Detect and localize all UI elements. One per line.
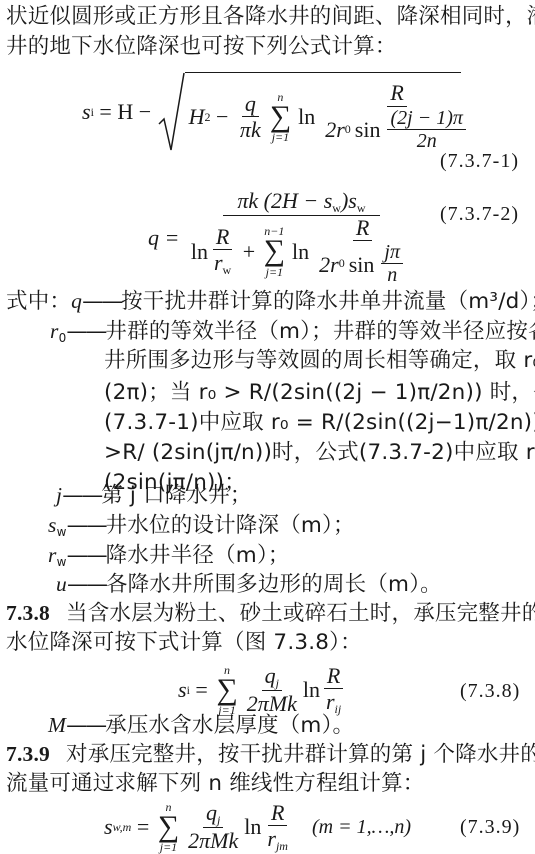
subscript: w [57, 555, 67, 569]
symbol-s: s [82, 99, 91, 125]
condition: (m = 1,…,n) [312, 816, 411, 839]
square-root: H2 − q πk n ∑ j=1 ln R 2r0 sin (2j − 1)π [157, 72, 461, 152]
intro-line-2: 井的地下水位降深也可按下列公式计算： [6, 32, 397, 62]
r: r [267, 826, 276, 851]
sigma-icon: ∑ [270, 103, 291, 132]
subscript: jm [276, 839, 288, 853]
plus: + [237, 239, 260, 264]
numerator: jπ [381, 241, 403, 264]
fraction-R-over-denominator: R 2r0 sin (2j − 1)π 2n [322, 81, 472, 152]
sin: sin [355, 117, 381, 142]
dash: —— [66, 319, 105, 344]
equals: = [131, 814, 154, 840]
dash: —— [67, 572, 106, 597]
ln: ln [191, 239, 208, 264]
ln: ln [292, 239, 309, 264]
definition-text: 井水位的设计降深（m）； [106, 513, 355, 538]
subscript: 0 [345, 123, 351, 137]
definitions-prefix: 式中： [6, 289, 71, 314]
fraction-qj: qj 2πMk [244, 664, 300, 716]
definition-text: 按干扰井群计算的降水井单井流量（m³/d）； [121, 289, 535, 314]
numerator: R [324, 664, 343, 689]
subscript: j [217, 813, 220, 827]
definition-text: 第 j 口降水井； [101, 483, 251, 508]
numerator-part: πk (2H − s [237, 188, 332, 213]
sigma-icon: ∑ [216, 676, 237, 705]
section-7-3-8-line-2: 水位降深可按下式计算（图 7.3.8）： [6, 628, 362, 658]
fraction-R-over-rw: R rw [211, 225, 234, 278]
definition-r0-line-2: 井所围多边形与等效圆的周长相等确定，取 r₀ = u/ [104, 346, 535, 376]
numerator: R [213, 225, 232, 250]
fraction-R-over-rij: R rij [323, 664, 344, 717]
denominator: 2πMk [185, 828, 241, 853]
definition-text: 各降水井所围多边形的周长（m）。 [106, 572, 442, 597]
symbol: s [48, 513, 57, 537]
r: r [214, 250, 223, 275]
denominator: 2n [414, 130, 440, 153]
subscript: w,m [113, 820, 132, 835]
sigma-icon: ∑ [264, 237, 285, 266]
ln: ln [303, 677, 320, 703]
numerator: R [387, 81, 406, 106]
formula-7-3-7-2: q = πk (2H − sw)sw ln R rw + n−1 ∑ j=1 l… [148, 193, 418, 283]
ln: ln [298, 104, 315, 130]
formula-7-3-9: sw,m = n ∑ j=1 qj 2πMk ln R rjm (m = 1,…… [104, 800, 411, 854]
subscript: w [223, 263, 232, 277]
dash: —— [67, 513, 106, 538]
subscript: w [357, 201, 366, 215]
sigma-icon: ∑ [158, 813, 179, 842]
symbol: M [48, 713, 66, 737]
section-7-3-9-line-2: 流量可通过求解下列 n 维线性方程组计算： [6, 769, 425, 799]
section-text: 对承压完整井，按干扰井群计算的第 j 个降水井的单井 [66, 742, 535, 767]
denominator: πk [237, 117, 264, 142]
minus: − [211, 104, 234, 130]
q: q [206, 800, 217, 825]
sin: sin [349, 252, 375, 277]
summation: n ∑ j=1 [216, 664, 237, 717]
two-r: 2r [319, 252, 339, 277]
subscript: 0 [339, 257, 345, 271]
section-number: 7.3.9 [6, 742, 50, 766]
fraction-angle: jπ n [381, 241, 403, 287]
numerator: q [242, 92, 259, 117]
two-r: 2r [325, 117, 345, 142]
sum-lower: j=1 [272, 131, 289, 143]
definition-M: M——承压水含水层厚度（m）。 [48, 710, 354, 741]
equals-h-minus: = H − [94, 99, 157, 125]
dash: —— [66, 713, 105, 738]
radical-icon [157, 72, 185, 152]
equation-number-7-3-8: (7.3.8) [460, 680, 520, 703]
section-7-3-9-line-1: 7.3.9对承压完整井，按干扰井群计算的第 j 个降水井的单井 [6, 739, 535, 770]
symbol: u [56, 572, 67, 596]
numerator: R [353, 216, 372, 241]
equation-number-7-3-7-1: (7.3.7-1) [440, 150, 519, 173]
subscript: j [276, 676, 279, 690]
symbol: q [71, 289, 82, 313]
equals: = [190, 677, 213, 703]
q-equals: q = [148, 225, 185, 251]
symbol: r [50, 319, 59, 343]
symbol-s: s [104, 814, 113, 840]
definition-q: 式中：q——按干扰井群计算的降水井单井流量（m³/d）； [6, 286, 535, 317]
subscript: w [57, 525, 67, 539]
equation-number-7-3-7-2: (7.3.7-2) [440, 203, 519, 226]
fraction-q-over-pik: q πk [237, 92, 264, 142]
definition-r0-line-5: >R/ (2sin(jπ/n))时，公式(7.3.7-2)中应取 r₀ = R/ [104, 438, 535, 468]
definition-u: u——各降水井所围多边形的周长（m）。 [56, 569, 442, 600]
fraction-qj: qj 2πMk [185, 801, 241, 853]
sum-lower: j=1 [266, 266, 283, 278]
subscript: w [332, 201, 341, 215]
ln: ln [244, 814, 261, 840]
numerator: (2j − 1)π [387, 107, 465, 130]
sum-lower: j=1 [160, 841, 177, 853]
numerator: R [268, 801, 287, 826]
dash: —— [67, 543, 106, 568]
definition-text: 承压水含水层厚度（m）。 [105, 713, 354, 738]
fraction-angle: (2j − 1)π 2n [387, 107, 465, 153]
symbol: r [48, 543, 57, 567]
summation: n−1 ∑ j=1 [264, 225, 285, 278]
definition-text: 井群的等效半径（m）；井群的等效半径应按各降水 [105, 319, 535, 344]
numerator-mid: )s [341, 188, 357, 213]
definition-j: j——第 j 口降水井； [56, 480, 252, 511]
formula-7-3-7-1: si = H − H2 − q πk n ∑ j=1 ln R 2r0 sin [82, 72, 461, 152]
definition-r0-line-3: (2π)；当 r₀ > R/(2sin((2j − 1)π/2n)) 时，公式 [104, 378, 535, 408]
symbol-s: s [178, 677, 187, 703]
q: q [265, 663, 276, 688]
denominator: n [384, 264, 400, 287]
fraction-R-over-sin: R 2r0 sin jπ n [316, 216, 409, 287]
section-number: 7.3.8 [6, 601, 50, 625]
equation-number-7-3-9: (7.3.9) [460, 816, 520, 839]
definition-r0-line-4: (7.3.7-1)中应取 r₀ = R/(2sin((2j−1)π/2n))；当… [104, 408, 535, 438]
main-fraction: πk (2H − sw)sw ln R rw + n−1 ∑ j=1 ln R … [188, 189, 415, 287]
summation: n ∑ j=1 [270, 91, 291, 144]
symbol-H: H [189, 104, 205, 130]
section-7-3-8-line-1: 7.3.8当含水层为粉土、砂土或碎石土时，承压完整井的地下 [6, 598, 535, 629]
dash: —— [82, 289, 121, 314]
section-text: 当含水层为粉土、砂土或碎石土时，承压完整井的地下 [66, 601, 535, 626]
intro-line-1: 状近似圆形或正方形且各降水井的间距、降深相同时，潜水完整 [6, 2, 535, 32]
dash: —— [62, 483, 101, 508]
definition-text: 降水井半径（m）； [106, 543, 290, 568]
summation: n ∑ j=1 [158, 801, 179, 854]
fraction-R-over-rjm: R rjm [264, 801, 291, 854]
